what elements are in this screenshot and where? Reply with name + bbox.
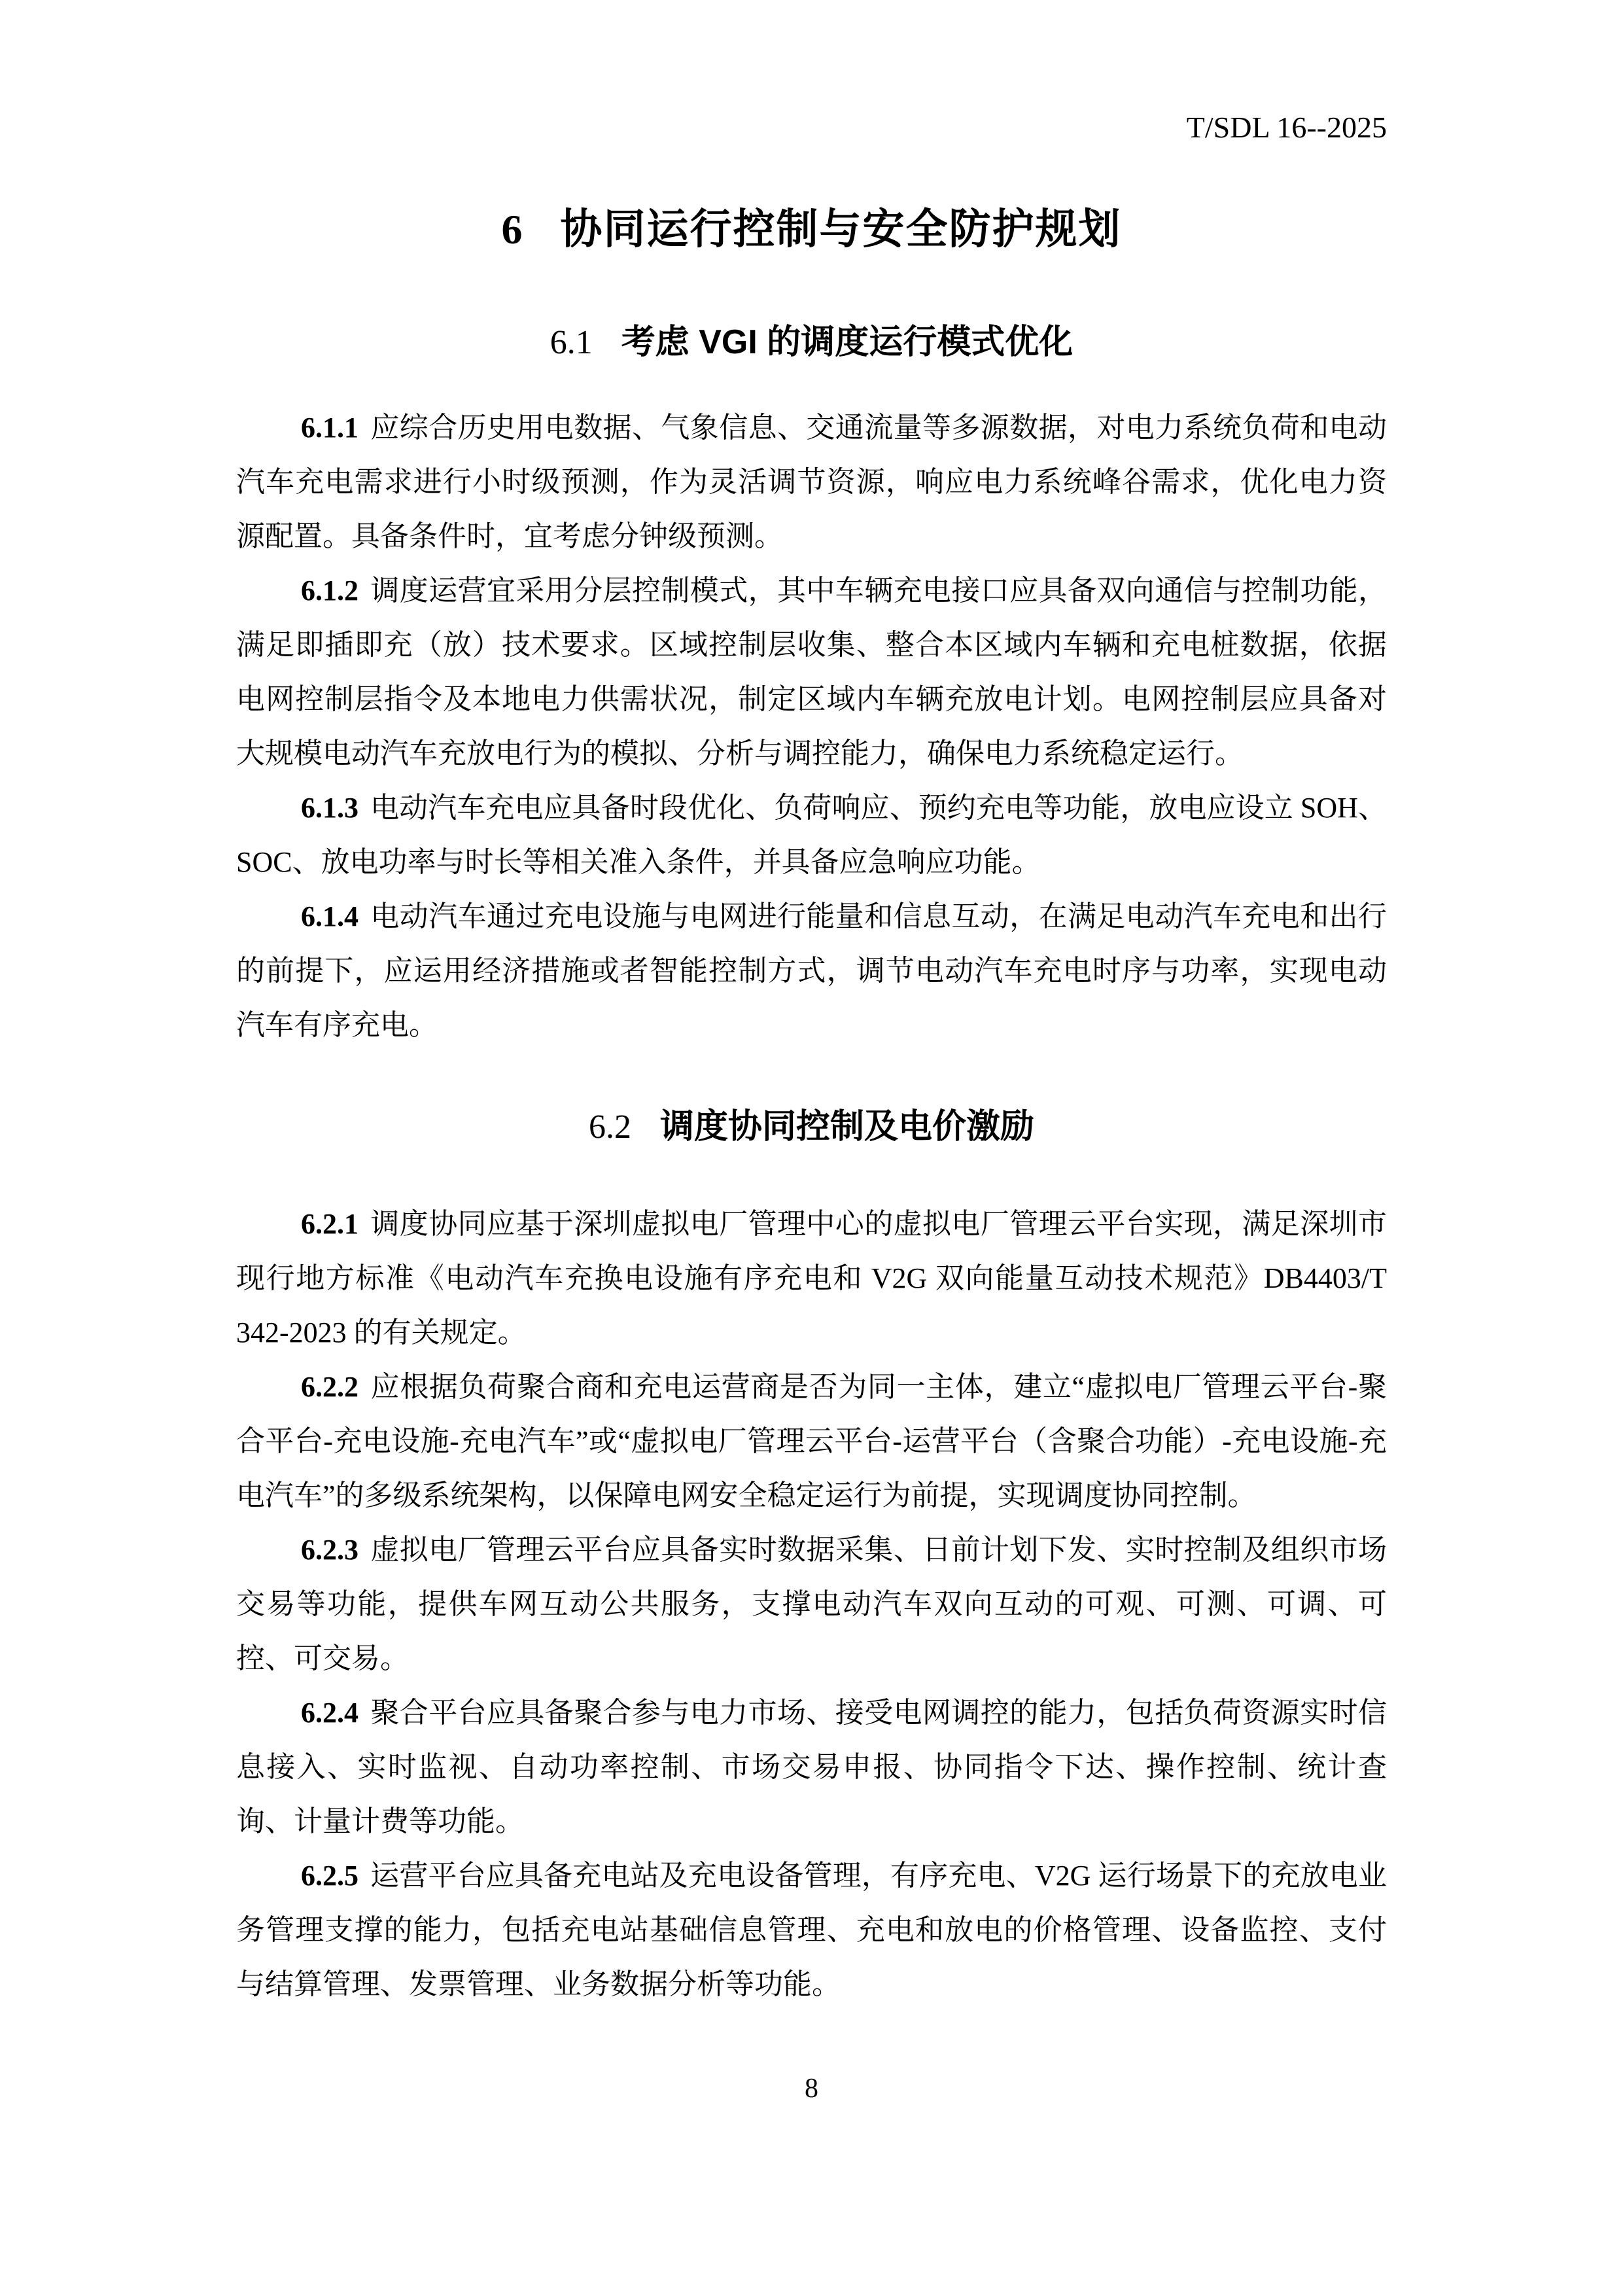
clause-text: 运营平台应具备充电站及充电设备管理，有序充电、V2G 运行场景下的充放电业务管理…: [236, 1860, 1387, 2000]
clause-text: 应综合历史用电数据、气象信息、交通流量等多源数据，对电力系统负荷和电动汽车充电需…: [236, 412, 1387, 552]
section-6-2-body: 6.2.1调度协同应基于深圳虚拟电厂管理中心的虚拟电厂管理云平台实现，满足深圳市…: [236, 1197, 1387, 2011]
clause-number: 6.2.4: [301, 1697, 358, 1729]
section-title: 考虑 VGI 的调度运行模式优化: [621, 323, 1073, 361]
clause-6-2-5: 6.2.5运营平台应具备充电站及充电设备管理，有序充电、V2G 运行场景下的充放…: [236, 1848, 1387, 2011]
clause-number: 6.2.1: [301, 1208, 358, 1240]
clause-6-1-3: 6.1.3电动汽车充电应具备时段优化、负荷响应、预约充电等功能，放电应设立 SO…: [236, 781, 1387, 889]
document-footer: 8: [236, 2072, 1387, 2106]
clause-6-1-1: 6.1.1应综合历史用电数据、气象信息、交通流量等多源数据，对电力系统负荷和电动…: [236, 400, 1387, 563]
clause-text: 应根据负荷聚合商和充电运营商是否为同一主体，建立“虚拟电厂管理云平台-聚合平台-…: [236, 1371, 1387, 1511]
section-6-1-body: 6.1.1应综合历史用电数据、气象信息、交通流量等多源数据，对电力系统负荷和电动…: [236, 400, 1387, 1052]
clause-text: 电动汽车充电应具备时段优化、负荷响应、预约充电等功能，放电应设立 SOH、SOC…: [236, 792, 1387, 878]
section-number: 6.1: [550, 324, 593, 361]
section-heading-6-1: 6.1考虑 VGI 的调度运行模式优化: [236, 320, 1387, 365]
chapter-heading: 6协同运行控制与安全防护规划: [236, 202, 1387, 257]
clause-6-2-2: 6.2.2应根据负荷聚合商和充电运营商是否为同一主体，建立“虚拟电厂管理云平台-…: [236, 1360, 1387, 1523]
chapter-title: 协同运行控制与安全防护规划: [561, 205, 1122, 253]
clause-number: 6.1.4: [301, 900, 358, 932]
clause-number: 6.1.2: [301, 574, 358, 607]
clause-number: 6.2.3: [301, 1534, 358, 1566]
clause-6-1-2: 6.1.2调度运营宜采用分层控制模式，其中车辆充电接口应具备双向通信与控制功能，…: [236, 563, 1387, 781]
document-page: T/SDL 16--2025 6协同运行控制与安全防护规划 6.1考虑 VGI …: [0, 0, 1623, 2296]
clause-6-2-1: 6.2.1调度协同应基于深圳虚拟电厂管理中心的虚拟电厂管理云平台实现，满足深圳市…: [236, 1197, 1387, 1360]
clause-number: 6.1.3: [301, 792, 358, 824]
clause-text: 调度运营宜采用分层控制模式，其中车辆充电接口应具备双向通信与控制功能，满足即插即…: [236, 574, 1387, 769]
page-number: 8: [805, 2074, 818, 2104]
clause-text: 聚合平台应具备聚合参与电力市场、接受电网调控的能力，包括负荷资源实时信息接入、实…: [236, 1697, 1387, 1837]
clause-number: 6.2.2: [301, 1371, 358, 1403]
clause-text: 调度协同应基于深圳虚拟电厂管理中心的虚拟电厂管理云平台实现，满足深圳市现行地方标…: [236, 1208, 1387, 1349]
section-title: 调度协同控制及电价激励: [660, 1108, 1034, 1146]
clause-number: 6.1.1: [301, 412, 358, 444]
clause-6-2-4: 6.2.4聚合平台应具备聚合参与电力市场、接受电网调控的能力，包括负荷资源实时信…: [236, 1686, 1387, 1848]
chapter-number: 6: [502, 206, 524, 253]
clause-number: 6.2.5: [301, 1860, 358, 1892]
doc-code: T/SDL 16--2025: [1187, 111, 1387, 144]
clause-text: 虚拟电厂管理云平台应具备实时数据采集、日前计划下发、实时控制及组织市场交易等功能…: [236, 1534, 1387, 1674]
section-heading-6-2: 6.2调度协同控制及电价激励: [236, 1104, 1387, 1150]
clause-6-2-3: 6.2.3虚拟电厂管理云平台应具备实时数据采集、日前计划下发、实时控制及组织市场…: [236, 1523, 1387, 1686]
clause-text: 电动汽车通过充电设施与电网进行能量和信息互动，在满足电动汽车充电和出行的前提下，…: [236, 900, 1387, 1041]
section-number: 6.2: [589, 1108, 631, 1146]
document-header: T/SDL 16--2025: [236, 110, 1387, 145]
clause-6-1-4: 6.1.4电动汽车通过充电设施与电网进行能量和信息互动，在满足电动汽车充电和出行…: [236, 889, 1387, 1052]
